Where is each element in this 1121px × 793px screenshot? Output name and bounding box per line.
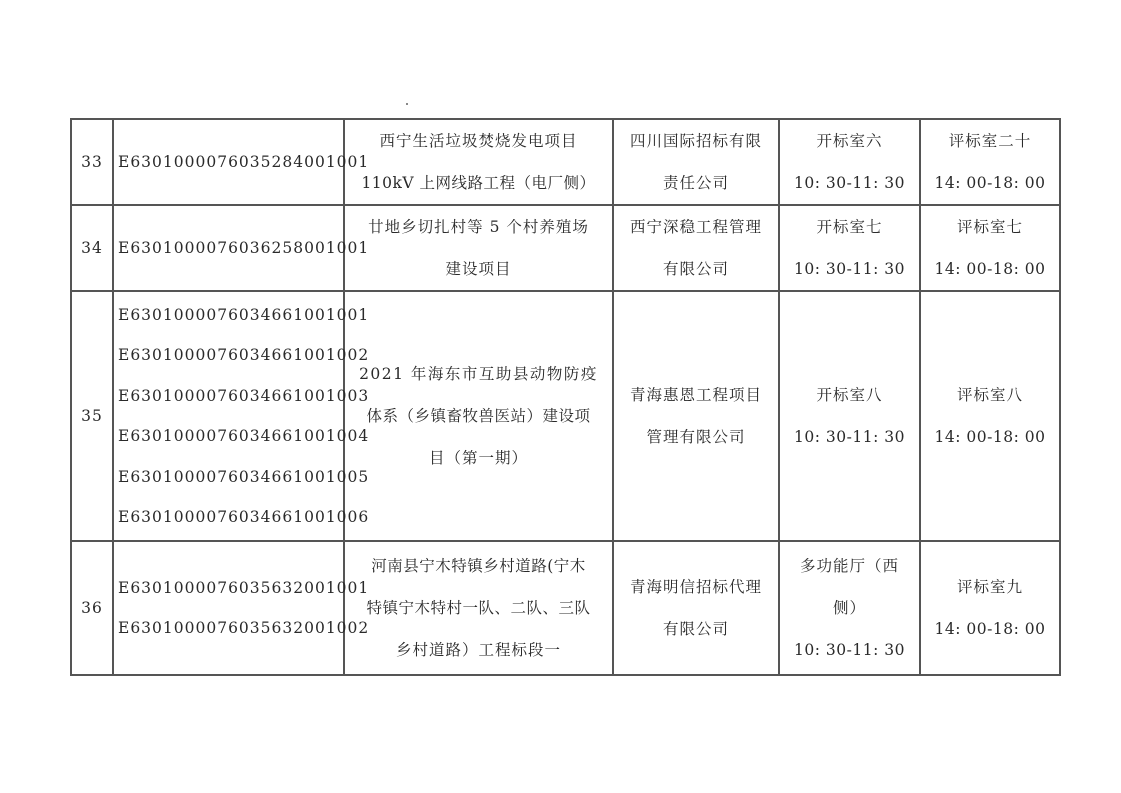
evaluation-time: 14: 00-18: 00 xyxy=(925,416,1055,458)
agency-line: 有限公司 xyxy=(618,608,774,650)
agency-line: 管理有限公司 xyxy=(618,416,774,458)
opening-room: 开标室八 10: 30-11: 30 xyxy=(779,291,920,541)
bid-schedule-table: 33 E6301000076035284001001 西宁生活垃圾焚烧发电项目 … xyxy=(70,118,1061,676)
evaluation-room-name: 评标室八 xyxy=(925,374,1055,416)
project-name: 廿地乡切扎村等 5 个村养殖场 建设项目 xyxy=(344,205,613,291)
evaluation-room: 评标室二十 14: 00-18: 00 xyxy=(920,119,1060,205)
evaluation-time: 14: 00-18: 00 xyxy=(925,162,1055,204)
opening-room-name-cont: 侧） xyxy=(784,587,915,629)
tender-agency: 青海惠恩工程项目 管理有限公司 xyxy=(613,291,779,541)
row-number: 34 xyxy=(71,205,113,291)
opening-room: 多功能厅（西 侧） 10: 30-11: 30 xyxy=(779,541,920,675)
table-row: 36 E6301000076035632001001 E630100007603… xyxy=(71,541,1060,675)
agency-line: 西宁深稳工程管理 xyxy=(618,206,774,248)
bid-section-code: E6301000076034661001006 xyxy=(118,497,339,538)
project-name-line: 西宁生活垃圾焚烧发电项目 xyxy=(349,120,608,162)
opening-room: 开标室六 10: 30-11: 30 xyxy=(779,119,920,205)
opening-room-name: 开标室六 xyxy=(784,120,915,162)
evaluation-room: 评标室八 14: 00-18: 00 xyxy=(920,291,1060,541)
project-name: 西宁生活垃圾焚烧发电项目 110kV 上网线路工程（电厂侧） xyxy=(344,119,613,205)
bid-section-codes: E6301000076035284001001 xyxy=(113,119,344,205)
bid-section-code: E6301000076034661001004 xyxy=(118,416,339,457)
agency-line: 青海惠恩工程项目 xyxy=(618,374,774,416)
evaluation-room-name: 评标室九 xyxy=(925,566,1055,608)
evaluation-room-name: 评标室七 xyxy=(925,206,1055,248)
row-number: 35 xyxy=(71,291,113,541)
project-name-line: 建设项目 xyxy=(349,248,608,290)
bid-section-codes: E6301000076034661001001 E630100007603466… xyxy=(113,291,344,541)
agency-line: 青海明信招标代理 xyxy=(618,566,774,608)
project-name-line: 乡村道路）工程标段一 xyxy=(349,629,608,671)
bid-section-code: E6301000076035632001002 xyxy=(118,608,339,648)
table-row: 33 E6301000076035284001001 西宁生活垃圾焚烧发电项目 … xyxy=(71,119,1060,205)
tender-agency: 西宁深稳工程管理 有限公司 xyxy=(613,205,779,291)
bid-section-code: E6301000076034661001001 xyxy=(118,295,339,336)
bid-section-code: E6301000076034661001002 xyxy=(118,335,339,376)
project-name: 2021 年海东市互助县动物防疫 体系（乡镇畜牧兽医站）建设项 目（第一期） xyxy=(344,291,613,541)
opening-time: 10: 30-11: 30 xyxy=(784,629,915,671)
project-name-line: 廿地乡切扎村等 5 个村养殖场 xyxy=(349,206,608,248)
project-name-line: 目（第一期） xyxy=(349,437,608,479)
bid-section-code: E6301000076036258001001 xyxy=(118,228,339,269)
table-row: 34 E6301000076036258001001 廿地乡切扎村等 5 个村养… xyxy=(71,205,1060,291)
project-name: 河南县宁木特镇乡村道路(宁木 特镇宁木特村一队、二队、三队 乡村道路）工程标段一 xyxy=(344,541,613,675)
agency-line: 四川国际招标有限 xyxy=(618,120,774,162)
agency-line: 有限公司 xyxy=(618,248,774,290)
evaluation-room: 评标室七 14: 00-18: 00 xyxy=(920,205,1060,291)
opening-room-name: 开标室七 xyxy=(784,206,915,248)
row-number: 33 xyxy=(71,119,113,205)
row-number: 36 xyxy=(71,541,113,675)
opening-time: 10: 30-11: 30 xyxy=(784,248,915,290)
opening-room-name: 开标室八 xyxy=(784,374,915,416)
bid-section-code: E6301000076034661001005 xyxy=(118,457,339,498)
tender-agency: 青海明信招标代理 有限公司 xyxy=(613,541,779,675)
evaluation-room: 评标室九 14: 00-18: 00 xyxy=(920,541,1060,675)
project-name-line: 110kV 上网线路工程（电厂侧） xyxy=(349,162,608,204)
tender-agency: 四川国际招标有限 责任公司 xyxy=(613,119,779,205)
bid-section-code: E6301000076034661001003 xyxy=(118,376,339,417)
bid-section-codes: E6301000076036258001001 xyxy=(113,205,344,291)
bid-section-code: E6301000076035284001001 xyxy=(118,142,339,183)
evaluation-time: 14: 00-18: 00 xyxy=(925,248,1055,290)
project-name-line: 体系（乡镇畜牧兽医站）建设项 xyxy=(349,395,608,437)
project-name-line: 特镇宁木特村一队、二队、三队 xyxy=(349,587,608,629)
opening-time: 10: 30-11: 30 xyxy=(784,416,915,458)
bid-section-codes: E6301000076035632001001 E630100007603563… xyxy=(113,541,344,675)
scan-speck xyxy=(406,103,408,105)
evaluation-time: 14: 00-18: 00 xyxy=(925,608,1055,650)
opening-room: 开标室七 10: 30-11: 30 xyxy=(779,205,920,291)
agency-line: 责任公司 xyxy=(618,162,774,204)
project-name-line: 2021 年海东市互助县动物防疫 xyxy=(349,353,608,395)
opening-room-name: 多功能厅（西 xyxy=(784,545,915,587)
table-row: 35 E6301000076034661001001 E630100007603… xyxy=(71,291,1060,541)
bid-section-code: E6301000076035632001001 xyxy=(118,568,339,608)
project-name-line: 河南县宁木特镇乡村道路(宁木 xyxy=(349,545,608,587)
evaluation-room-name: 评标室二十 xyxy=(925,120,1055,162)
opening-time: 10: 30-11: 30 xyxy=(784,162,915,204)
